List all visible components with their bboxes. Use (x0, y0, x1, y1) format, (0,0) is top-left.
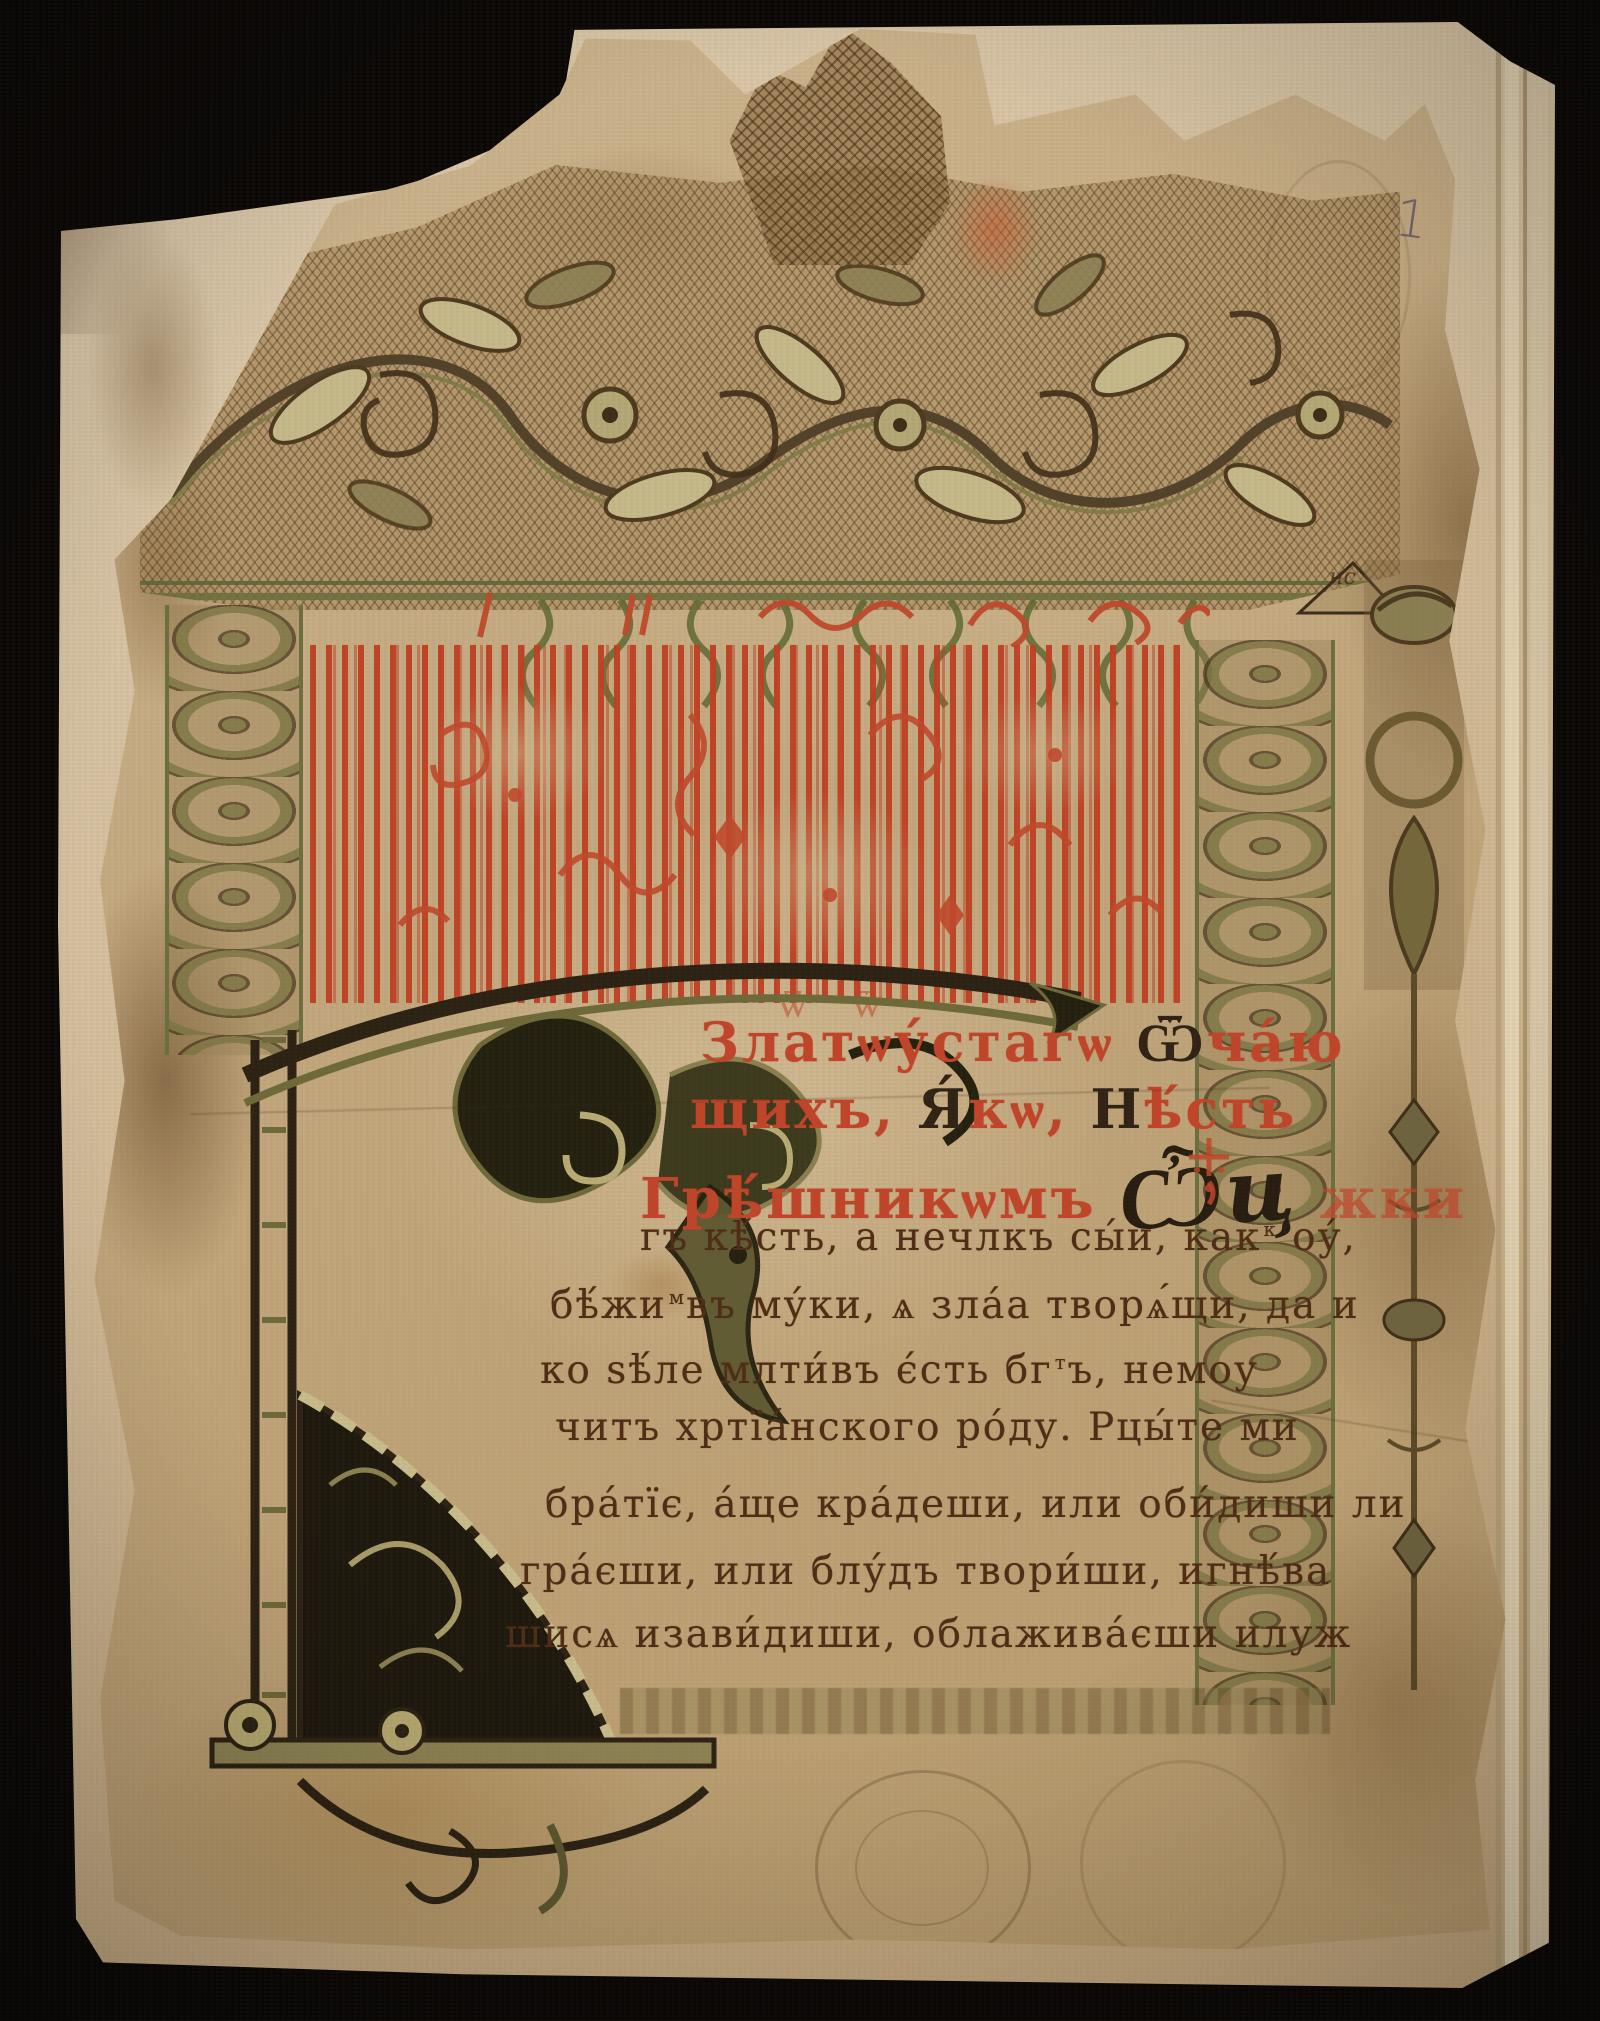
manuscript-leaf: нс (90, 25, 1530, 1955)
heading-segment: ча́ю (1207, 1010, 1346, 1074)
manuscript-photo: нс (0, 0, 1600, 2021)
body-segment: шисѧ изави́диши, облажива́єши илуж (505, 1612, 1352, 1657)
superscript-letter: т (1055, 1351, 1068, 1374)
superscript-letter: к (1264, 1218, 1278, 1241)
heading-segment: кѡ, (968, 1077, 1090, 1141)
body-segment: оу́, (1278, 1215, 1357, 1260)
body-text-line-7: шисѧ изави́диши, облажива́єши илуж (505, 1612, 1352, 1657)
marginal-pendant-ornament (1358, 560, 1470, 1710)
body-segment: бра́тїє, а́ще кра́деши, или оби́диши ли (545, 1482, 1407, 1527)
body-text-line-3: ко ѕѣ́ле млти́въ є́сть бгтъ, немоу (540, 1348, 1259, 1393)
body-segment: гра́єши, или блу́дъ твори́ши, игнѣ́ва (520, 1549, 1331, 1594)
pennant-letters: нс (1329, 565, 1356, 590)
heading-segment: щихъ, (690, 1077, 918, 1141)
red-ink-smudge (950, 175, 1040, 285)
body-segment: ко ѕѣ́ле млти́въ є́сть бг (540, 1348, 1053, 1393)
body-text-line-5: бра́тїє, а́ще кра́деши, или оби́диши ли (545, 1482, 1407, 1527)
superscript-letter: м (669, 1286, 686, 1309)
heading-segment: Ѿ (1136, 1010, 1207, 1074)
body-text-line-6: гра́єши, или блу́дъ твори́ши, игнѣ́ва (520, 1549, 1331, 1594)
vyaz-flourish-row (330, 577, 1210, 647)
body-text-line-4: читъ хртїа́нского ро́ду. Рцы́те ми (555, 1405, 1300, 1450)
page-edge-line (1505, 48, 1519, 1988)
body-segment: въ му́ки, ѧ зла́а творѧ́щи, да и (686, 1283, 1360, 1328)
page-edge-line (1530, 48, 1548, 1988)
cross-flourish-icon (1185, 1130, 1233, 1210)
heading-segment: Н (1090, 1077, 1144, 1141)
faint-stamp-top-right (1265, 160, 1411, 391)
folio-number: 1 (1391, 188, 1432, 252)
body-text-line-1: гъ кѣ́сть, а нечлкъ сы́и, какк оу́, (640, 1215, 1357, 1260)
heading-line-1: Златѡу́стагѡ Ѿча́ю (700, 1010, 1346, 1074)
body-segment: бѣ́жи (550, 1283, 667, 1328)
library-stamp-partial (1080, 1760, 1286, 1966)
heading-segment: Златѡу́стагѡ (700, 1010, 1136, 1074)
page-edge-line (1523, 48, 1527, 1988)
body-segment: читъ хртїа́нского ро́ду. Рцы́те ми (555, 1405, 1300, 1450)
heading-segment: Я́ (918, 1077, 969, 1141)
page-edge-line (1496, 48, 1501, 1988)
library-stamp-inner-ring (855, 1810, 989, 1926)
body-segment: ъ, немоу (1067, 1348, 1258, 1393)
body-segment: гъ кѣ́сть, а нечлкъ сы́и, как (640, 1215, 1262, 1260)
body-text-line-2: бѣ́жимвъ му́ки, ѧ зла́а творѧ́щи, да и (550, 1283, 1360, 1328)
